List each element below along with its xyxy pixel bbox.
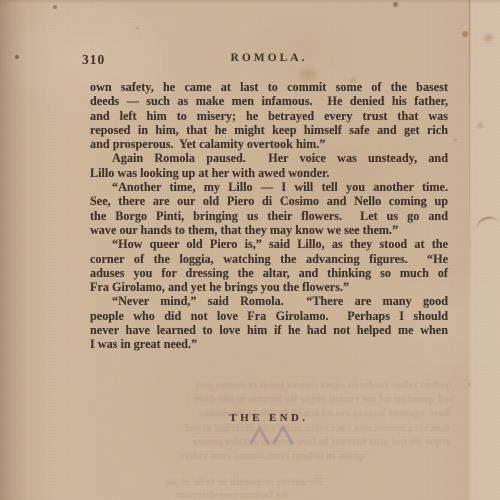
page-edge-line: [469, 0, 470, 310]
text-line: “Never mind,” said Romola. “There are ma…: [90, 294, 448, 308]
page-number: 310: [82, 52, 105, 68]
foxing-spot: [452, 137, 459, 143]
page-header: 310 ROMOLA.: [90, 52, 448, 64]
proofreader-caret-icon: [248, 425, 294, 445]
text-line: never have learned to love him if he had…: [90, 323, 448, 337]
foxing-spot: [475, 214, 500, 238]
ghost-text-line: ille autem respondit se velle atque: [118, 476, 323, 488]
text-line: and left him to misery; he betrayed ever…: [90, 109, 448, 123]
the-end-label: THE END.: [90, 412, 448, 424]
body-text: own safety, he came at last to commit so…: [90, 80, 448, 352]
text-line: people who did not love Fra Girolamo. Pe…: [90, 309, 448, 323]
text-line: and prosperous. Yet calamity overtook hi…: [90, 137, 448, 151]
text-line: “How queer old Piero is,” said Lillo, as…: [90, 237, 448, 251]
foxing-spot: [53, 5, 57, 9]
text-line: Again Romola paused. Her voice was unste…: [90, 151, 448, 165]
foxing-spot: [462, 31, 468, 37]
text-line: aduses you for dressing the altar, and t…: [90, 266, 448, 280]
foxing-spot: [393, 2, 398, 7]
running-title: ROMOLA.: [90, 52, 448, 64]
text-line: I was in great need.”: [90, 337, 448, 351]
ghost-text-line: ita factum esse dixerunt: [128, 489, 288, 500]
text-line: “Another time, my Lillo — I will tell yo…: [90, 180, 448, 194]
ghost-text-line: sed quoniam ad me venisti atque ita locu…: [95, 393, 453, 405]
text-line: See, there are our old Piero di Cosimo a…: [90, 194, 448, 208]
ghost-text-line: quam in urbem venit omnes eum videre: [110, 450, 365, 462]
foxing-spot: [475, 121, 485, 130]
text-line: corner of the loggia, watching the advan…: [90, 252, 448, 266]
text-line: Fra Girolamo, and yet he brings you the …: [90, 280, 448, 294]
foxing-spot: [135, 26, 140, 30]
foxing-spot: [15, 55, 19, 59]
text-line: Lillo was looking up at her with awed wo…: [90, 166, 448, 180]
ghost-text-line: quibus rebus confectis signa canere iuss…: [100, 379, 452, 391]
foxing-spot: [482, 32, 495, 44]
text-line: reposed in him, that he might keep himse…: [90, 123, 448, 137]
text-line: deeds — such as make men infamous. He de…: [90, 94, 448, 108]
book-page-scan: quibus rebus confectis signa canere iuss…: [0, 0, 500, 500]
text-line: the Borgo Pinti, bringing us their flowe…: [90, 209, 448, 223]
text-line: wave our hands to them, that they may kn…: [90, 223, 448, 237]
text-line: own safety, he came at last to commit so…: [90, 80, 448, 94]
foxing-spot: [466, 382, 472, 387]
